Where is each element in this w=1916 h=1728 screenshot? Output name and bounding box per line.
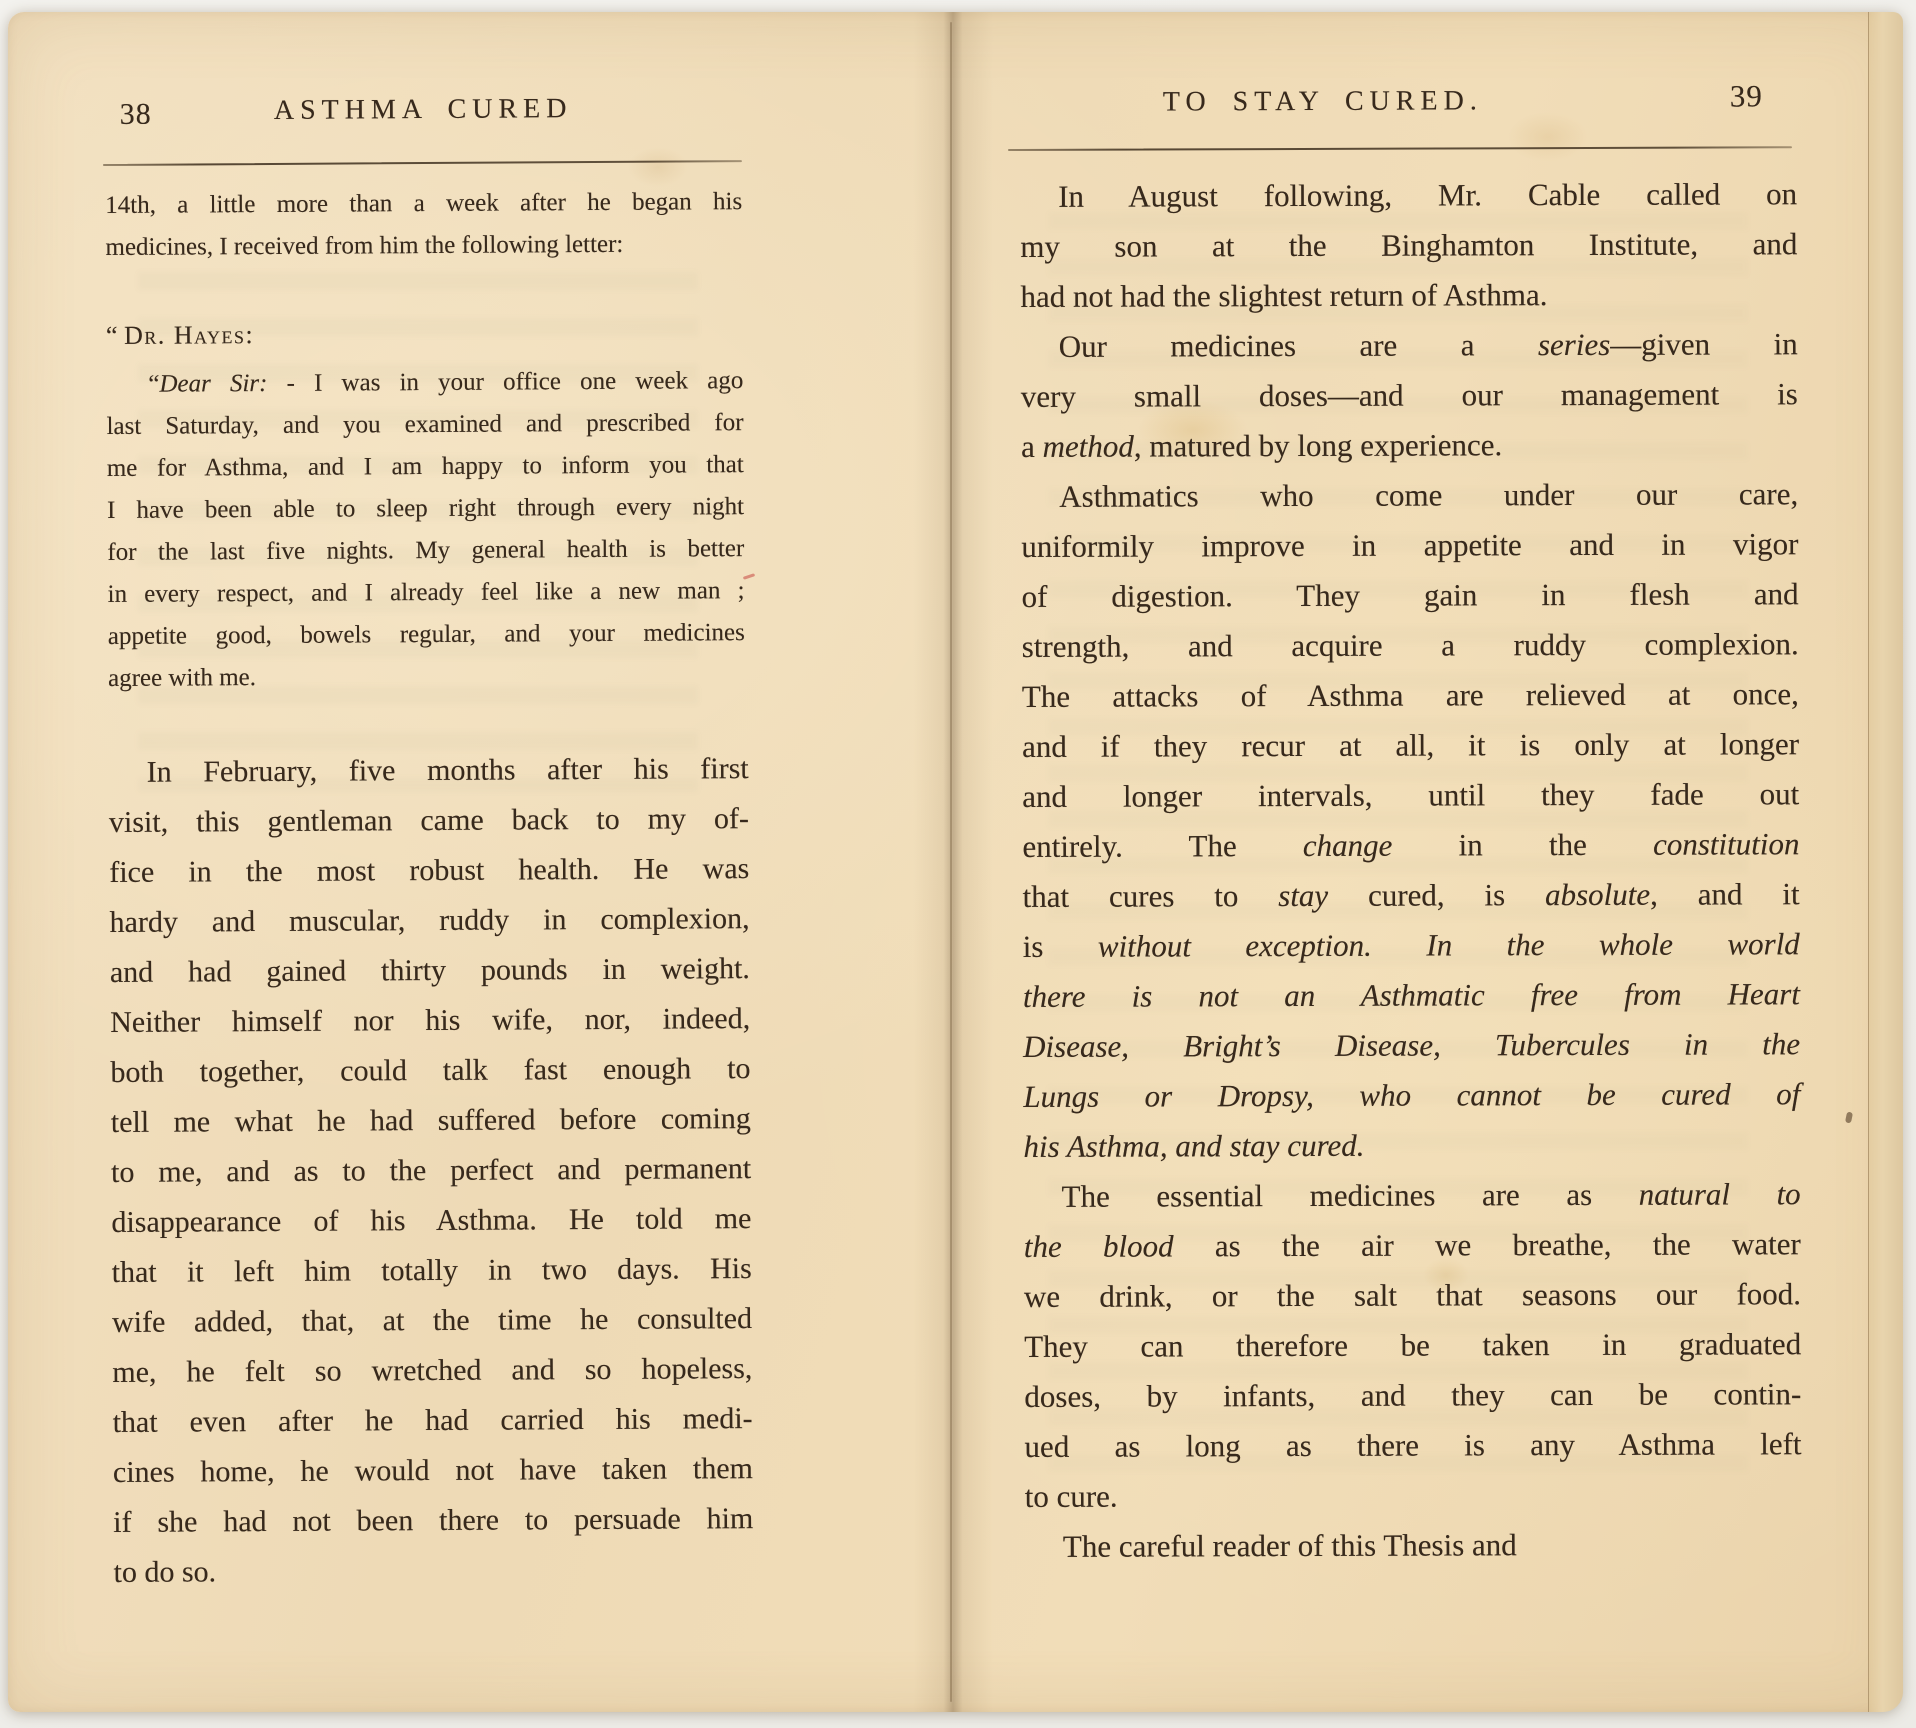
center-fold-line: [950, 22, 952, 1702]
center-gutter-shadow: [913, 12, 993, 1712]
paragraph-medicines-series: Our medicines are a series—given invery …: [1021, 319, 1799, 472]
right-text-column: In August following, Mr. Cable called on…: [1020, 169, 1802, 1572]
paragraph-asthmatics-care: Asthmatics who come under our care,unifo…: [1021, 469, 1800, 1172]
paragraph-careful-reader: The careful reader of this Thesis and: [1025, 1519, 1802, 1572]
book-pages: 38 ASTHMA CURED 14th, a little more than…: [8, 12, 1902, 1712]
paragraph-essential-medicines: The essential medicines are as natural t…: [1024, 1169, 1802, 1522]
right-page-number: 39: [1730, 78, 1763, 114]
scanned-book-spread: 38 ASTHMA CURED 14th, a little more than…: [0, 0, 1916, 1728]
right-running-head: TO STAY CURED.: [1043, 85, 1603, 119]
page-fore-edge: [1868, 12, 1903, 1712]
right-header-rule: [1008, 146, 1792, 151]
paragraph-august-visit: In August following, Mr. Cable called on…: [1020, 169, 1798, 322]
